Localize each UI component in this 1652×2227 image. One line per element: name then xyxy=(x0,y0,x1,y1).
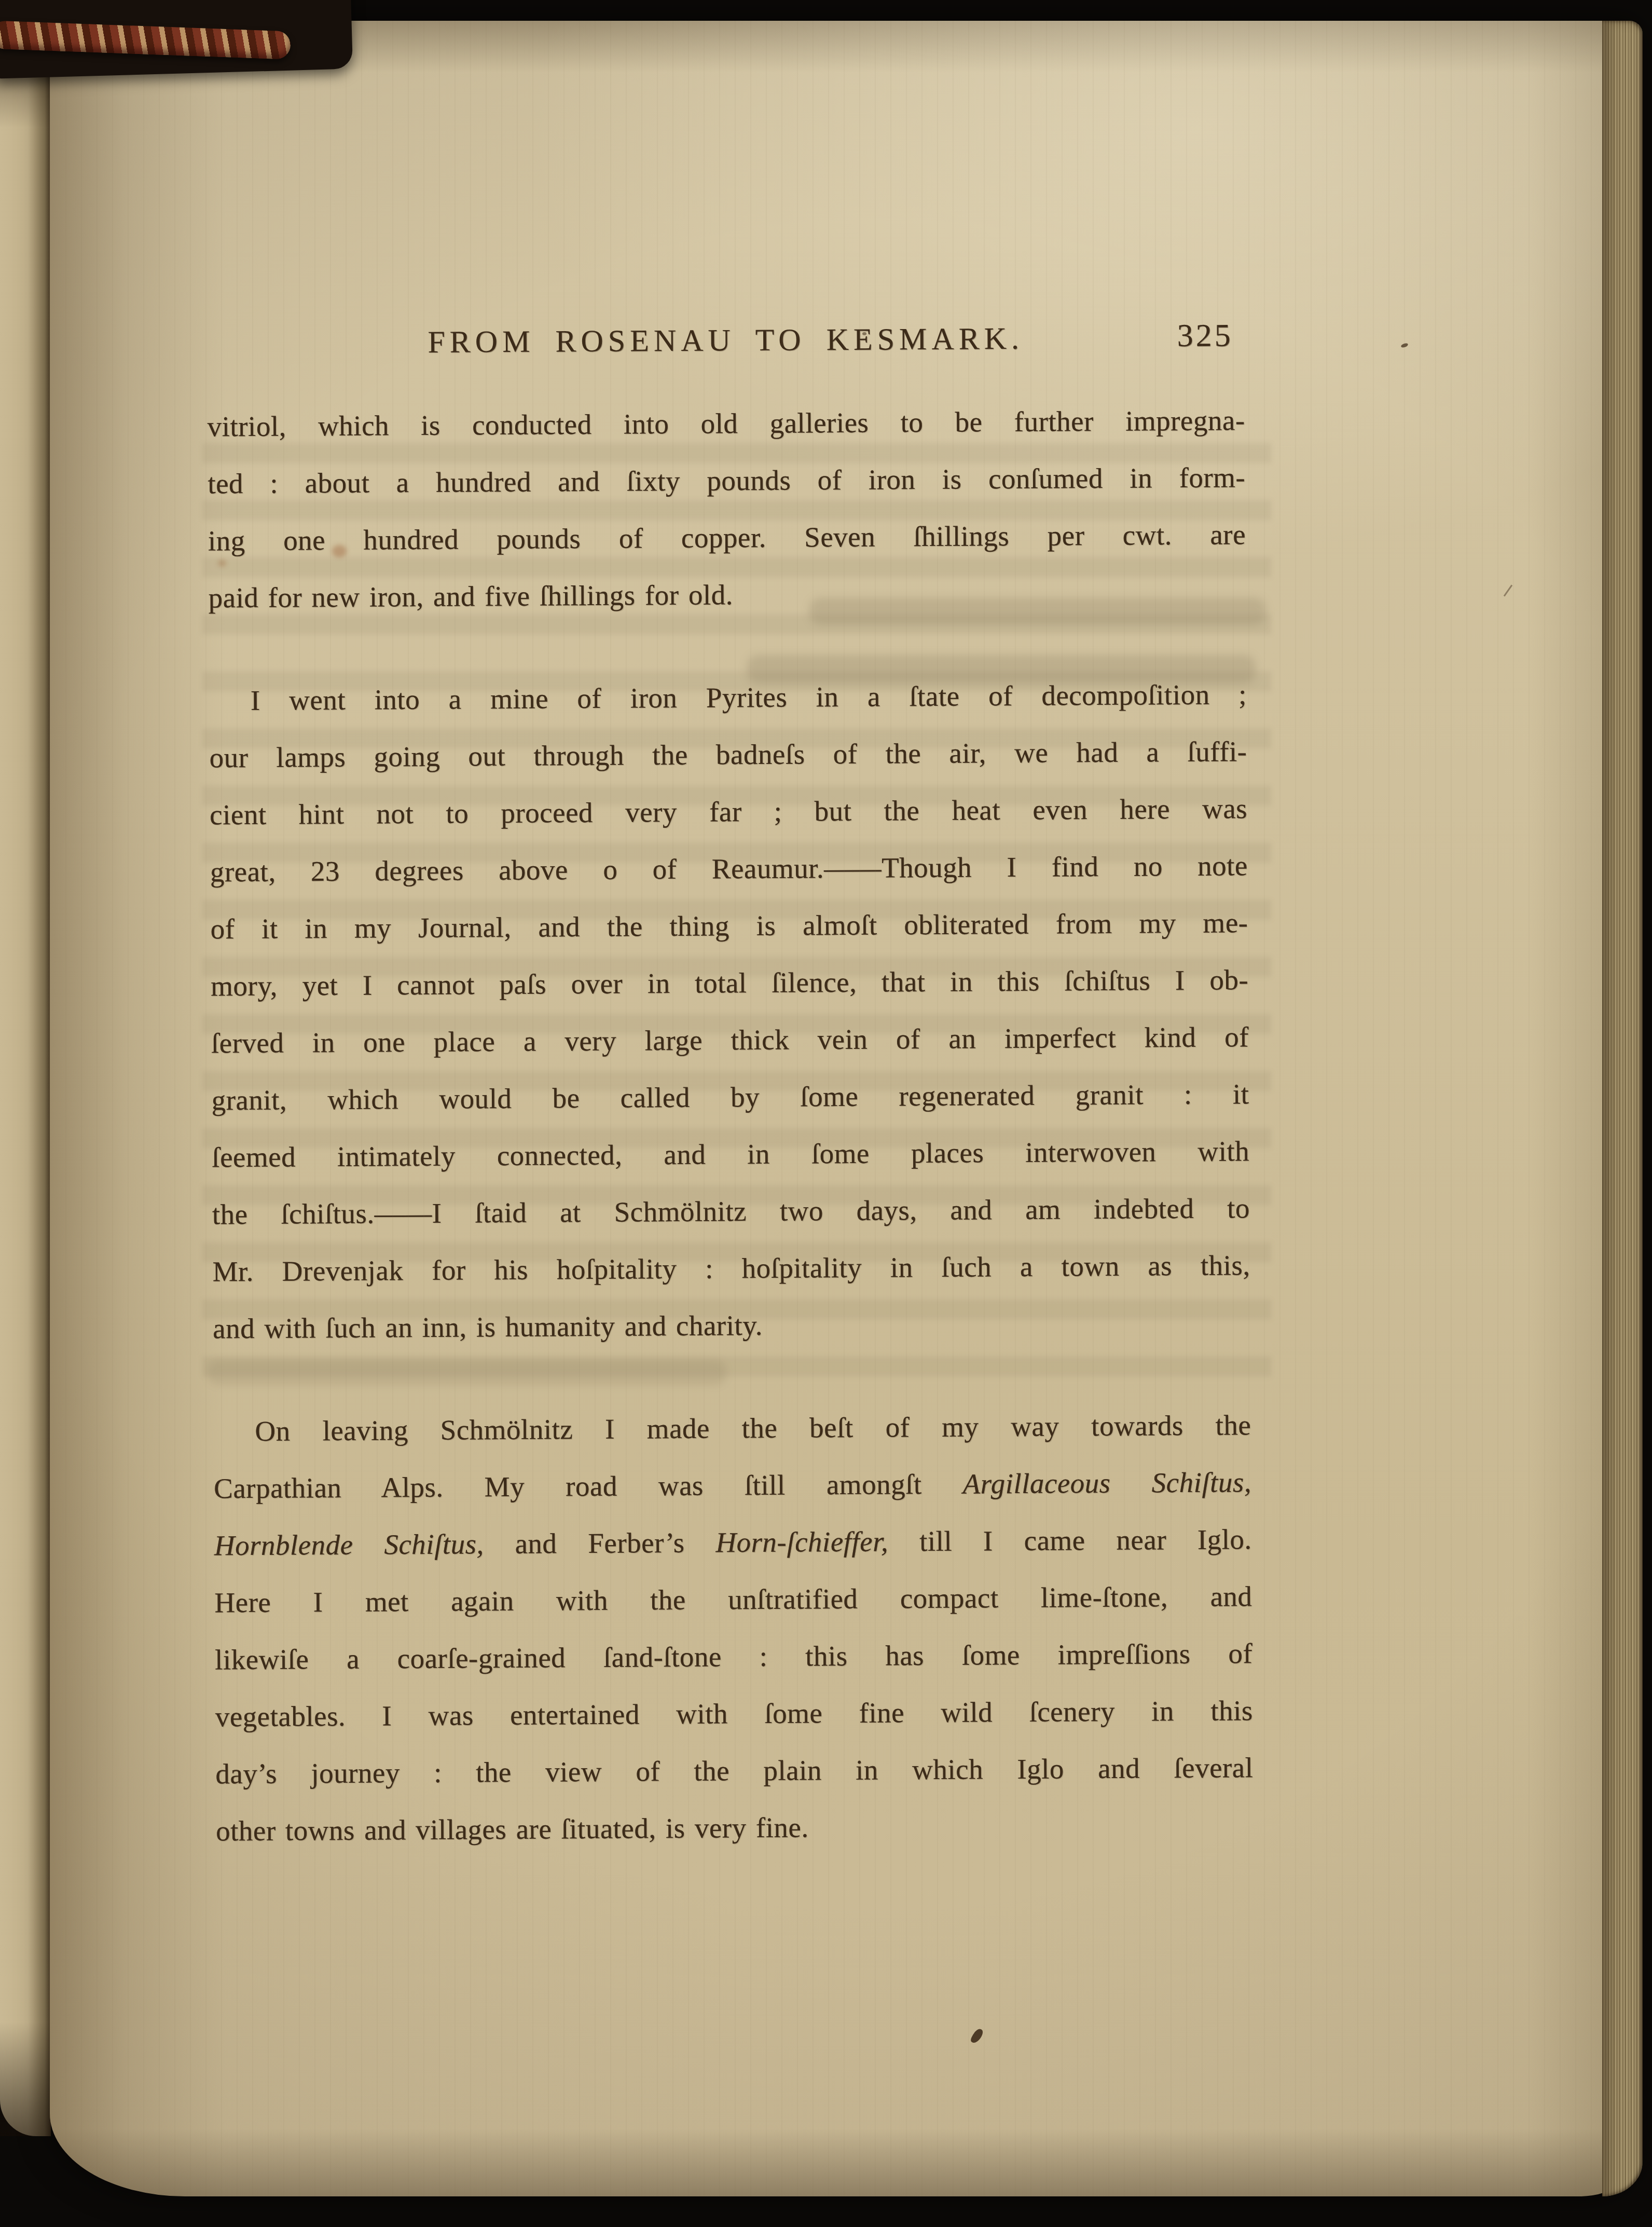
text-line: the ſchiſtus.——I ſtaid at Schmölnitz two… xyxy=(212,1180,1250,1243)
text-segment: and Ferber’s xyxy=(484,1527,716,1560)
text-line: On leaving Schmölnitz I made the beſt of… xyxy=(213,1397,1251,1460)
text-segment: of it in my Journal, and the thing is al… xyxy=(210,907,1248,945)
text-segment: mory, yet I cannot paſs over in total ſi… xyxy=(211,964,1248,1002)
paragraph: I went into a mine of iron Pyrites in a … xyxy=(209,666,1251,1357)
text-segment: Carpathian Alps. My road was ſtill among… xyxy=(214,1468,963,1505)
text-segment: other towns and villages are ſituated, i… xyxy=(216,1811,809,1847)
text-segment: On leaving Schmölnitz I made the beſt of… xyxy=(255,1409,1251,1447)
text-segment: ſerved in one place a very large thick v… xyxy=(211,1021,1249,1059)
text-segment: paid for new iron, and five ſhillings fo… xyxy=(208,579,733,613)
text-line: Here I met again with the unſtratified c… xyxy=(214,1568,1252,1631)
text-segment: vegetables. I was entertained with ſome … xyxy=(215,1695,1253,1732)
italic-text-segment: Horn-ſchieffer, xyxy=(715,1526,888,1559)
text-segment: I went into a mine of iron Pyrites in a … xyxy=(251,678,1247,716)
text-line: likewiſe a coarſe-grained ſand-ſtone : t… xyxy=(215,1625,1253,1688)
book-scan: FROM ROSENAU TO KESMARK. 325 vitriol, wh… xyxy=(0,0,1652,2227)
text-segment: vitriol, which is conducted into old gal… xyxy=(207,404,1245,442)
text-line: paid for new iron, and five ſhillings fo… xyxy=(208,563,1246,626)
text-segment: day’s journey : the view of the plain in… xyxy=(215,1752,1253,1789)
paragraph: On leaving Schmölnitz I made the beſt of… xyxy=(213,1397,1254,1860)
text-segment: ſeemed intimately connected, and in ſome… xyxy=(212,1135,1249,1173)
text-block: vitriol, which is conducted into old gal… xyxy=(207,392,1254,1860)
text-segment: our lamps going out through the badneſs … xyxy=(209,735,1247,773)
fore-edge-pages xyxy=(1602,21,1643,2196)
text-line: day’s journey : the view of the plain in… xyxy=(215,1739,1254,1802)
text-line: and with ſuch an inn, is humanity and ch… xyxy=(213,1294,1251,1357)
text-segment: likewiſe a coarſe-grained ſand-ſtone : t… xyxy=(215,1637,1252,1675)
text-line: granit, which would be called by ſome re… xyxy=(211,1065,1249,1129)
text-segment: great, 23 degrees above o of Reaumur.——T… xyxy=(210,850,1248,887)
text-line: Hornblende Schiſtus, and Ferber’s Horn-ſ… xyxy=(214,1511,1252,1574)
text-segment: till I came near Iglo. xyxy=(888,1523,1252,1557)
text-segment: Mr. Drevenjak for his hoſpitality : hoſp… xyxy=(212,1249,1250,1287)
text-line: of it in my Journal, and the thing is al… xyxy=(210,894,1248,958)
text-segment: the ſchiſtus.——I ſtaid at Schmölnitz two… xyxy=(212,1192,1250,1230)
printed-content: FROM ROSENAU TO KESMARK. 325 vitriol, wh… xyxy=(47,16,1652,2202)
text-line: cient hint not to proceed very far ; but… xyxy=(210,780,1248,843)
running-title: FROM ROSENAU TO KESMARK. xyxy=(206,319,1244,361)
text-line: ted : about a hundred and ſixty pounds o… xyxy=(208,449,1246,512)
scan-background: { "document": { "kind": "antique-book-pa… xyxy=(0,0,1652,2227)
text-line: our lamps going out through the badneſs … xyxy=(209,723,1247,786)
italic-text-segment: Hornblende Schiſtus, xyxy=(214,1528,484,1561)
book-page: FROM ROSENAU TO KESMARK. 325 vitriol, wh… xyxy=(50,21,1643,2196)
text-line: other towns and villages are ſituated, i… xyxy=(216,1796,1254,1860)
text-line: Carpathian Alps. My road was ſtill among… xyxy=(214,1454,1252,1517)
text-line: great, 23 degrees above o of Reaumur.——T… xyxy=(210,837,1248,900)
text-line: ſerved in one place a very large thick v… xyxy=(211,1008,1249,1072)
text-line: mory, yet I cannot paſs over in total ſi… xyxy=(211,951,1249,1015)
italic-text-segment: Argillaceous Schiſtus, xyxy=(962,1466,1251,1499)
facing-page-edge xyxy=(0,45,51,2136)
text-segment: ing one hundred pounds of copper. Seven … xyxy=(208,518,1246,556)
text-segment: ted : about a hundred and ſixty pounds o… xyxy=(208,461,1245,499)
text-segment: Here I met again with the unſtratified c… xyxy=(214,1580,1252,1618)
paragraph: vitriol, which is conducted into old gal… xyxy=(207,392,1246,626)
text-line: vitriol, which is conducted into old gal… xyxy=(207,392,1245,455)
text-segment: cient hint not to proceed very far ; but… xyxy=(210,793,1247,830)
text-line: vegetables. I was entertained with ſome … xyxy=(215,1682,1253,1745)
text-segment: and with ſuch an inn, is humanity and ch… xyxy=(213,1309,763,1344)
text-line: ing one hundred pounds of copper. Seven … xyxy=(208,506,1246,569)
text-segment: granit, which would be called by ſome re… xyxy=(211,1078,1249,1116)
text-line: Mr. Drevenjak for his hoſpitality : hoſp… xyxy=(212,1237,1250,1300)
text-line: ſeemed intimately connected, and in ſome… xyxy=(212,1123,1250,1186)
page-number: 325 xyxy=(1177,317,1233,354)
text-line: I went into a mine of iron Pyrites in a … xyxy=(209,666,1247,729)
